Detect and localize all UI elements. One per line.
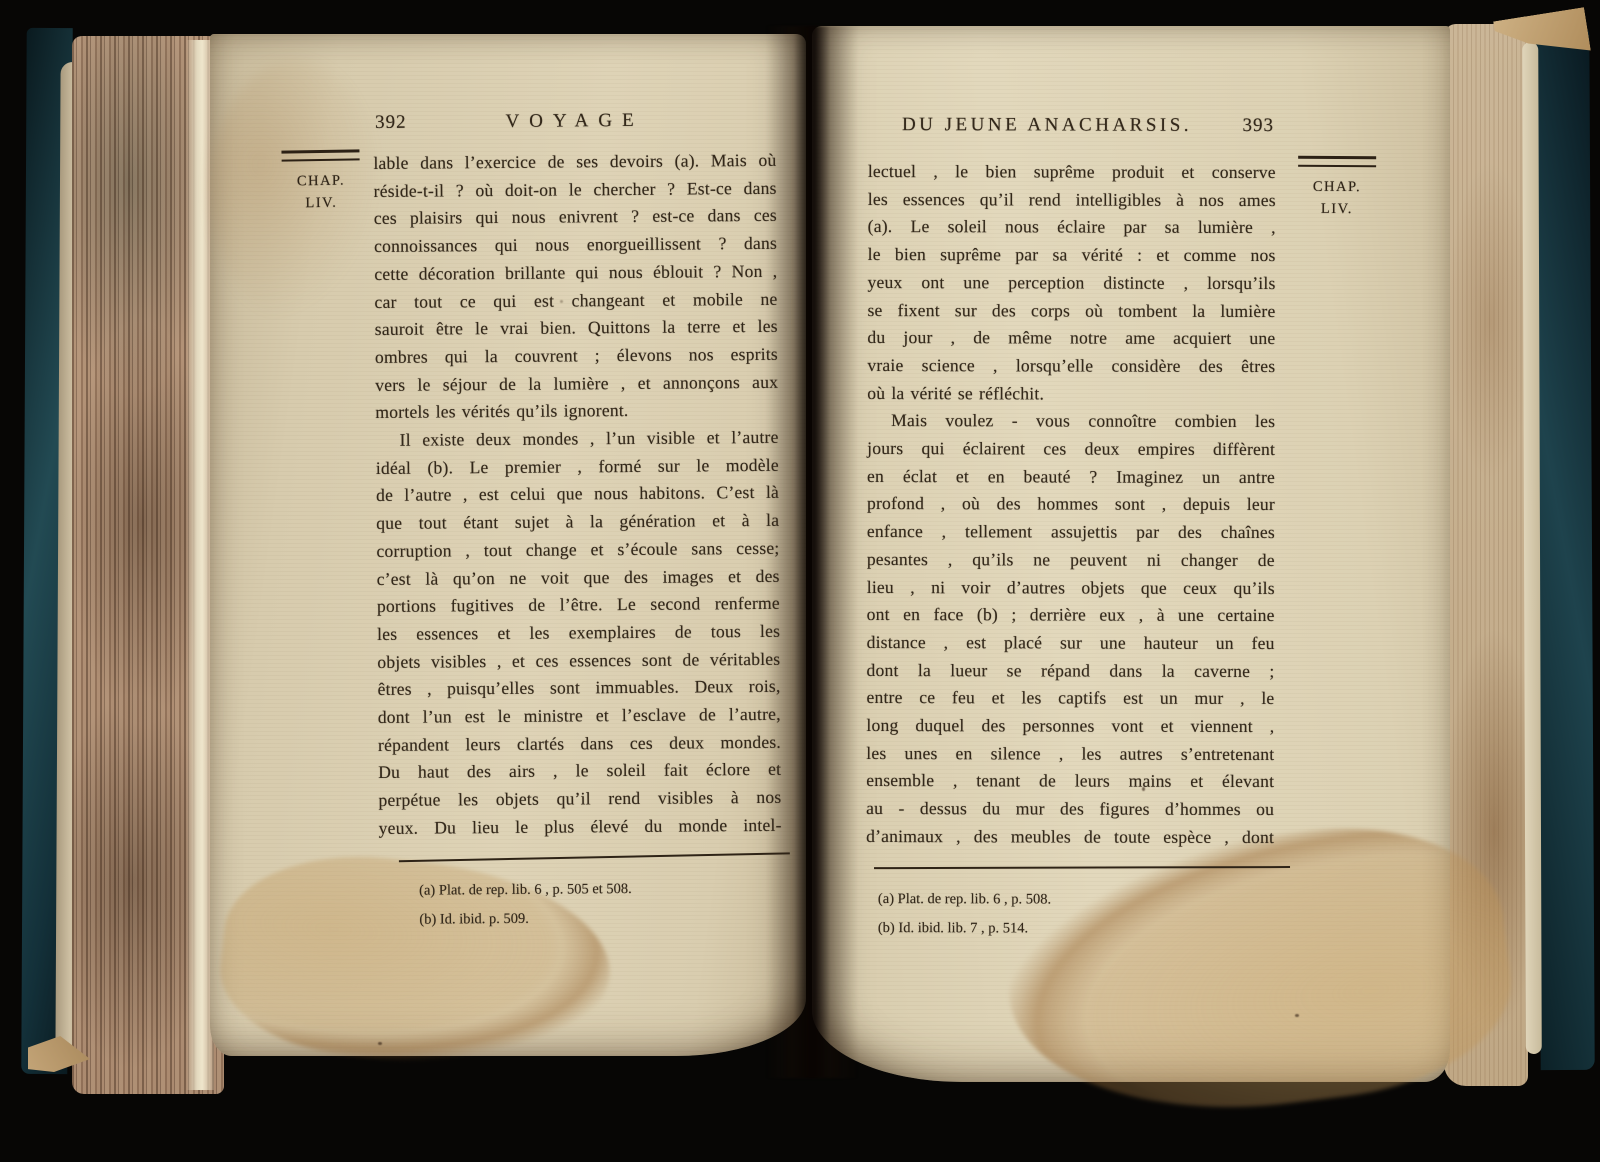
text-line: êtres , puisqu’elles sont immuables. Deu… [377, 673, 780, 704]
foxing-speck [560, 300, 563, 303]
open-book-photo: 392 VOYAGE lable dans l’exercice de ses … [0, 0, 1600, 1162]
left-page-content: 392 VOYAGE lable dans l’exercice de ses … [373, 107, 782, 935]
right-sidenote-liv: LIV. [1298, 198, 1376, 220]
right-body-text: lectuel , le bien suprême produit et con… [866, 158, 1276, 852]
text-line: se fixent sur des corps où tombent la lu… [867, 297, 1275, 326]
text-line: perpétue les objets qu’il rend visibles … [378, 784, 781, 815]
right-footnote-rule [874, 866, 1290, 869]
text-line: profond , où des hommes sont , depuis le… [867, 490, 1275, 519]
text-line: ont en face (b) ; derrière eux , à une c… [867, 601, 1275, 630]
text-line: vraie science , lorsqu’elle considère de… [867, 352, 1275, 381]
text-line: (a). Le soleil nous éclaire par sa lumiè… [868, 213, 1276, 242]
text-line: que tout étant sujet à la génération et … [376, 507, 779, 538]
text-line: dont l’un est le ministre et l’esclave d… [378, 701, 781, 732]
text-line: Du haut des airs , le soleil fait éclore… [378, 756, 781, 787]
text-line: connoissances qui nous enorgueillissent … [374, 230, 777, 261]
text-line: lieu , ni voir d’autres objets que ceux … [867, 574, 1275, 603]
text-line: où la vérité se réfléchit. [867, 380, 1275, 409]
text-line: yeux ont une perception distincte , lors… [868, 269, 1276, 298]
left-page-header: 392 VOYAGE [373, 107, 776, 150]
right-chapter-sidenote: CHAP. LIV. [1298, 156, 1376, 220]
text-line: ensemble , tenant de leurs mains et élev… [866, 767, 1274, 796]
text-line: c’est là qu’on ne voit que des images et… [377, 562, 780, 593]
text-line: sauroit être le vrai bien. Quittons la t… [375, 313, 778, 344]
left-footnote-rule [399, 852, 790, 862]
left-footnotes: (a) Plat. de rep. lib. 6 , p. 505 et 508… [379, 873, 782, 934]
foxing-speck [1295, 1014, 1299, 1017]
text-line: le bien suprême par sa vérité : et comme… [868, 241, 1276, 270]
text-line: vers le séjour de la lumière , et annonç… [375, 368, 778, 399]
text-line: dont la lueur se répand dans la caverne … [867, 657, 1275, 686]
footnote: (a) Plat. de rep. lib. 6 , p. 505 et 508… [419, 873, 782, 905]
text-line: au - dessus du mur des figures d’hommes … [866, 795, 1274, 824]
text-line: distance , est placé sur une hauteur un … [867, 629, 1275, 658]
text-line: d’animaux , des meubles de toute espèce … [866, 823, 1274, 852]
text-line: ombres qui la couvrent ; élevons nos esp… [375, 341, 778, 372]
text-line: pesantes , qu’ils ne peuvent ni changer … [867, 546, 1275, 575]
right-page-content: DU JEUNE ANACHARSIS. 393 lectuel , le bi… [866, 112, 1276, 944]
text-line: car tout ce qui est changeant et mobile … [374, 285, 777, 316]
right-running-title: DU JEUNE ANACHARSIS. [902, 114, 1192, 137]
text-line: lable dans l’exercice de ses devoirs (a)… [373, 147, 776, 178]
footnote: (b) Id. ibid. p. 509. [419, 902, 782, 934]
text-line: Mais voulez - vous connoître combien les [867, 407, 1275, 436]
right-footnotes: (a) Plat. de rep. lib. 6 , p. 508.(b) Id… [866, 885, 1274, 944]
text-line: les essences qu’il rend intelligibles à … [868, 186, 1276, 215]
page-block-fore-edge-right [1444, 24, 1528, 1086]
text-line: corruption , tout change et s’écoule san… [376, 535, 779, 566]
right-page-number: 393 [1242, 115, 1274, 137]
text-line: portions fugitives de l’être. Le second … [377, 590, 780, 621]
left-running-title: VOYAGE [373, 109, 776, 134]
text-line: cette décoration brillante qui nous éblo… [374, 258, 777, 289]
text-line: répandent leurs clartés dans ces deux mo… [378, 729, 781, 760]
text-line: en éclat et en beauté ? Imaginez un antr… [867, 463, 1275, 492]
text-line: jours qui éclairent ces deux empires dif… [867, 435, 1275, 464]
text-line: long duquel des personnes vont et vienne… [866, 712, 1274, 741]
left-body-text: lable dans l’exercice de ses devoirs (a)… [373, 147, 781, 843]
text-line: ces plaisirs qui nous enivrent ? est-ce … [374, 202, 777, 233]
right-page-header: DU JEUNE ANACHARSIS. 393 [868, 112, 1276, 153]
footnote: (a) Plat. de rep. lib. 6 , p. 508. [878, 885, 1274, 915]
footnote: (b) Id. ibid. lib. 7 , p. 514. [878, 914, 1274, 944]
text-line: Il existe deux mondes , l’un visible et … [375, 424, 778, 455]
book-cover-right [1535, 28, 1594, 1070]
foxing-speck [1142, 787, 1145, 791]
text-line: les essences et les exemplaires de tous … [377, 618, 780, 649]
text-line: enfance , tellement assujettis par des c… [867, 518, 1275, 547]
text-line: du jour , de même notre ame acquiert une [867, 324, 1275, 353]
left-chapter-sidenote: CHAP. LIV. [281, 149, 360, 214]
left-sidenote-rule [281, 149, 359, 161]
text-line: les unes en silence , les autres s’entre… [866, 740, 1274, 769]
text-line: lectuel , le bien suprême produit et con… [868, 158, 1276, 187]
text-line: mortels les vérités qu’ils ignorent. [375, 396, 778, 427]
left-sidenote-chap: CHAP. [282, 169, 360, 192]
left-sidenote-liv: LIV. [282, 191, 360, 214]
text-line: yeux. Du lieu le plus élevé du monde int… [379, 812, 782, 843]
text-line: entre ce feu et les captifs est un mur ,… [866, 684, 1274, 713]
foxing-speck [378, 1042, 382, 1045]
text-line: de l’autre , est celui que nous habitons… [376, 479, 779, 510]
text-line: objets visibles , et ces essences sont d… [377, 645, 780, 676]
text-line: idéal (b). Le premier , formé sur le mod… [376, 452, 779, 483]
right-sidenote-rule [1298, 156, 1376, 167]
right-sidenote-chap: CHAP. [1298, 176, 1376, 198]
text-line: réside-t-il ? où doit-on le chercher ? E… [374, 175, 777, 206]
